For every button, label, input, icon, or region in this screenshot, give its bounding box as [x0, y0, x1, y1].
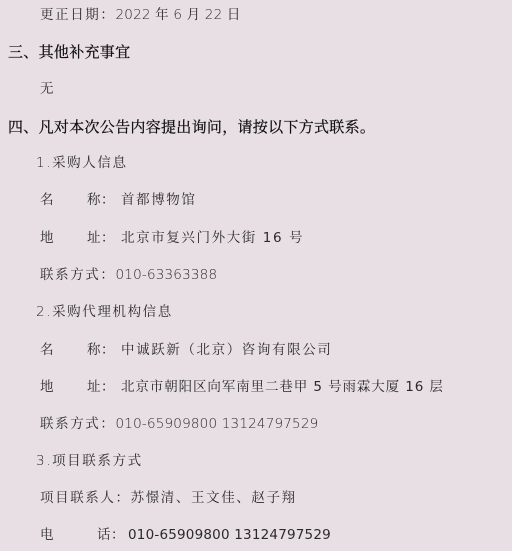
- purchaser-name-value: 首都博物馆: [121, 188, 197, 212]
- agency-info-title: 2.采购代理机构信息: [36, 300, 173, 324]
- project-contact-title: 3.项目联系方式: [36, 449, 143, 473]
- section-4-heading: 四、凡对本次公告内容提出询问，请按以下方式联系。: [8, 115, 375, 139]
- field-label-char: 地: [40, 226, 55, 250]
- purchaser-info-title: 1.采购人信息: [36, 151, 128, 175]
- correction-date-line: 更正日期：2022 年 6 月 22 日: [40, 3, 241, 27]
- field-label-char: 名: [40, 188, 55, 212]
- announcement-document: 更正日期：2022 年 6 月 22 日 三、其他补充事宜 无 四、凡对本次公告…: [0, 0, 512, 551]
- section-3-content: 无: [40, 77, 55, 101]
- field-colon: ：: [101, 188, 116, 212]
- agency-name-value: 中诚跃新（北京）咨询有限公司: [121, 338, 332, 362]
- field-colon: ：: [101, 226, 116, 250]
- agency-address-field: 地 址 ： 北京市朝阳区向军南里二巷甲 5 号雨霖大厦 16 层: [40, 375, 510, 399]
- agency-contact-field: 联系方式：010-65909800 13124797529: [40, 412, 318, 436]
- section-3-heading: 三、其他补充事宜: [8, 40, 130, 64]
- agency-contact-label: 联系方式：: [40, 416, 116, 432]
- field-label-char: 地: [40, 375, 55, 399]
- agency-address-value: 北京市朝阳区向军南里二巷甲 5 号雨霖大厦 16 层: [121, 375, 444, 399]
- project-contacts-field: 项目联系人：苏憬清、王文佳、赵子翔: [40, 486, 297, 510]
- project-contacts-label: 项目联系人：: [40, 490, 131, 506]
- agency-name-field: 名 称 ： 中诚跃新（北京）咨询有限公司: [40, 338, 510, 362]
- field-label-char: 称: [87, 188, 102, 212]
- field-colon: ：: [111, 523, 126, 547]
- field-colon: ：: [101, 375, 116, 399]
- purchaser-contact-field: 联系方式：010-63363388: [40, 263, 217, 287]
- project-phone-field: 电 话 ： 010-65909800 13124797529: [40, 523, 500, 547]
- purchaser-contact-label: 联系方式：: [40, 267, 116, 283]
- correction-date-label: 更正日期：: [40, 7, 116, 23]
- field-label-char: 话: [97, 523, 112, 547]
- field-label-char: 名: [40, 338, 55, 362]
- field-label-char: 址: [87, 226, 102, 250]
- purchaser-contact-value: 010-63363388: [116, 267, 218, 283]
- field-colon: ：: [101, 338, 116, 362]
- purchaser-name-field: 名 称 ： 首都博物馆: [40, 188, 500, 212]
- project-phone-value: 010-65909800 13124797529: [128, 523, 331, 547]
- field-label-char: 电: [40, 523, 55, 547]
- agency-contact-value: 010-65909800 13124797529: [116, 416, 319, 432]
- project-contacts-value: 苏憬清、王文佳、赵子翔: [131, 490, 297, 506]
- field-label-char: 称: [87, 338, 102, 362]
- correction-date-value: 2022 年 6 月 22 日: [116, 7, 241, 23]
- purchaser-address-value: 北京市复兴门外大街 16 号: [121, 226, 304, 250]
- purchaser-address-field: 地 址 ： 北京市复兴门外大街 16 号: [40, 226, 500, 250]
- field-label-char: 址: [87, 375, 102, 399]
